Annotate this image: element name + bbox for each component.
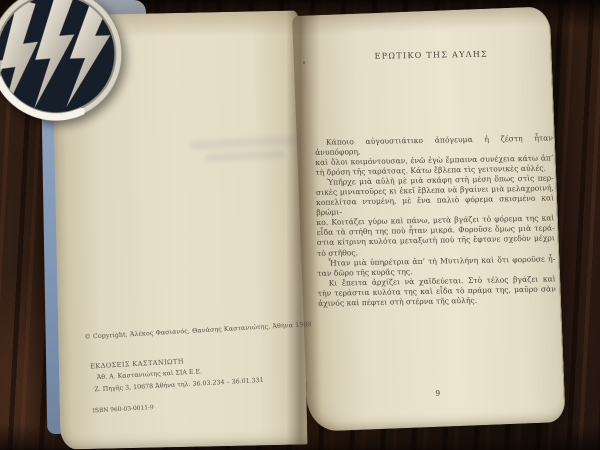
isbn-line: ISBN 960-03-0011-9 <box>93 405 154 414</box>
lightning-bolts-sticker-icon <box>0 0 131 131</box>
page-speck <box>303 61 305 64</box>
left-page-imprint: © Copyright, Ἀλέκος Φασιανός, Θανάσης Κα… <box>80 315 318 440</box>
publisher-name: ΕΚΔΟΣΕΙΣ ΚΑΣΤΑΝΙΩΤΗ <box>90 357 184 370</box>
right-page-content: ΕΡΩΤΙΚΟ ΤΗΣ ΑΥΛΗΣ Κάποιο αὐγουστιάτικο ἀ… <box>312 35 559 400</box>
photo-scene: © Copyright, Ἀλέκος Φασιανός, Θανάσης Κα… <box>0 0 600 450</box>
body-text: Κάποιο αὐγουστιάτικο ἀπόγευμα ἡ ζέστη ἦτ… <box>315 133 556 308</box>
publisher-address-line1: Ἀθ. Α. Καστανιώτης καὶ ΣΙΑ Ε.Ε. <box>97 368 203 381</box>
chapter-title: ΕΡΩΤΙΚΟ ΤΗΣ ΑΥΛΗΣ <box>312 48 550 62</box>
